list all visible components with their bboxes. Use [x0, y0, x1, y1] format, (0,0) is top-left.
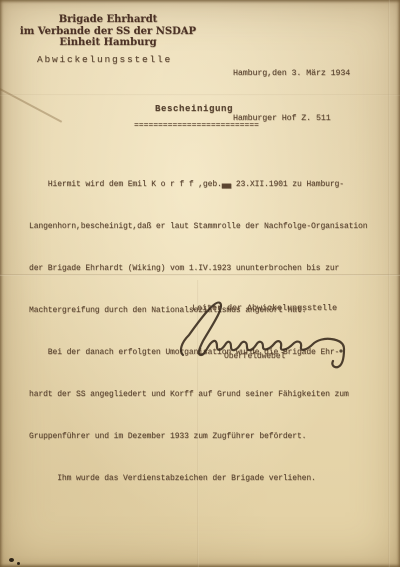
signer-role: Leiter der Abwickelungsstelle: [192, 303, 337, 313]
letterhead: Brigade Ehrhardt im Verbande der SS der …: [18, 14, 198, 49]
body-line: Bei der danach erfolgten Umorganisation …: [29, 346, 367, 360]
body-line: Langenhorn,bescheinigt,daß er laut Stamm…: [29, 220, 367, 234]
body-line: Ihm wurde das Verdienstabzeichen der Bri…: [29, 472, 367, 486]
body-line: Hiermit wird dem Emil K o r f f ,geb.▄▄ …: [29, 178, 367, 192]
place-and-date: Hamburg,den 3. März 1934: [233, 66, 350, 81]
letterhead-affiliation: im Verbande der SS der NSDAP: [18, 26, 198, 38]
letterhead-unit-name: Brigade Ehrhardt: [18, 14, 198, 26]
office-name: Abwickelungsstelle: [37, 54, 172, 65]
body-paragraphs: Hiermit wird dem Emil K o r f f ,geb.▄▄ …: [29, 150, 367, 500]
document-title: Bescheinigung: [155, 104, 233, 114]
body-line: hardt der SS angegliedert und Korff auf …: [29, 388, 367, 402]
body-line: der Brigade Ehrhardt (Wiking) vom 1.IV.1…: [29, 262, 367, 276]
letterhead-unit-location: Einheit Hamburg: [18, 37, 198, 49]
title-underline: ==========================: [134, 121, 259, 130]
body-line: Gruppenführer und im Dezember 1933 zum Z…: [29, 430, 367, 444]
signer-rank: Oberfeldwebel: [224, 352, 285, 361]
ink-speck: [9, 558, 14, 562]
ink-speck: [17, 562, 20, 565]
